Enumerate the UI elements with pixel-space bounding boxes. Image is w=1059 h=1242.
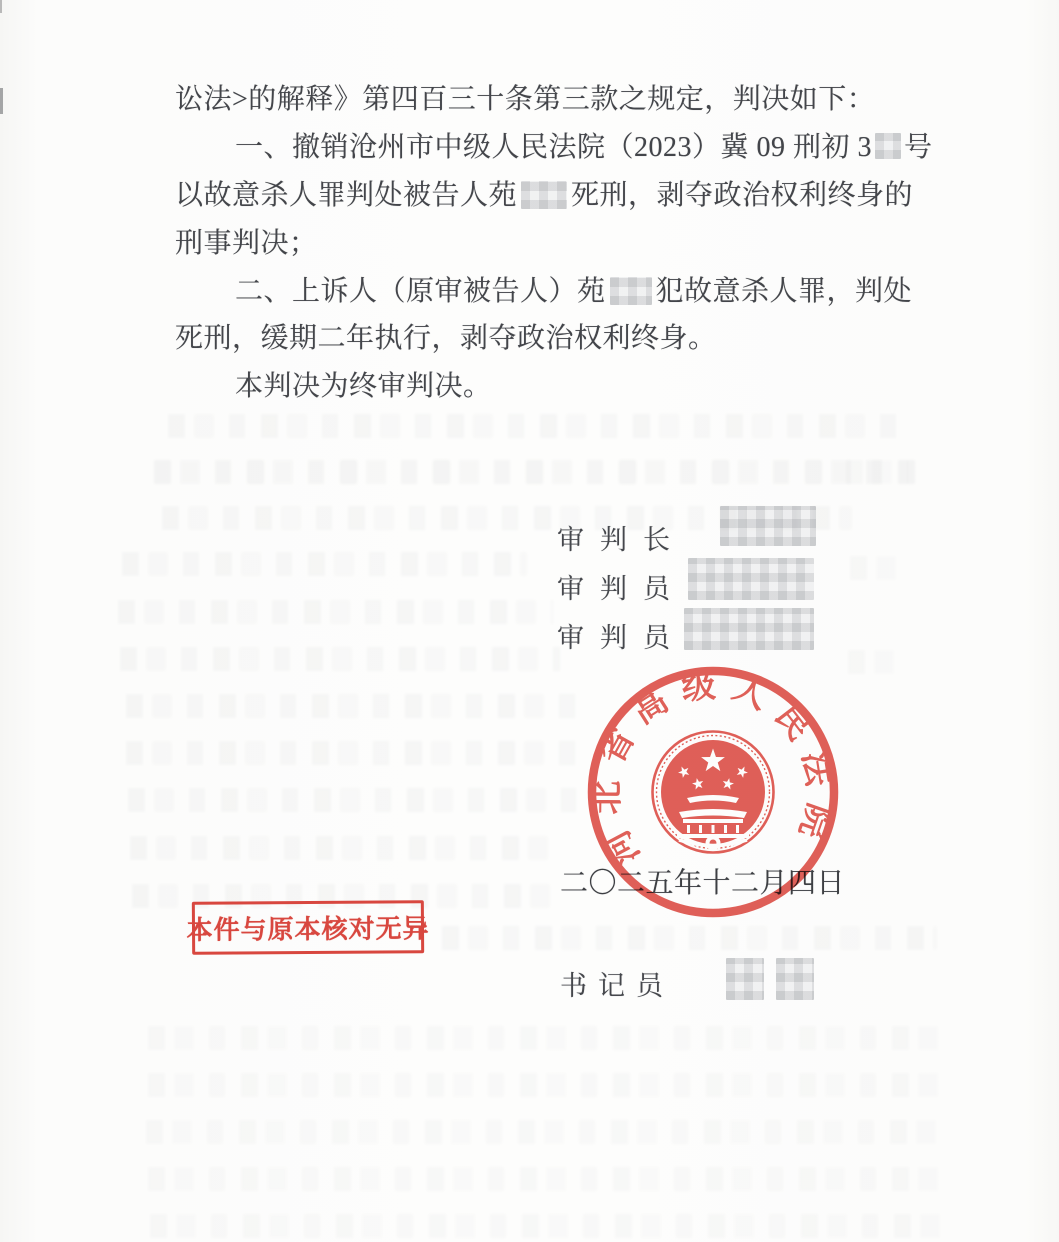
- redaction-mosaic-judge2-name: [684, 608, 814, 650]
- bleed-through-row: [148, 1073, 946, 1097]
- presiding-judge-label: 审判长: [557, 518, 686, 557]
- bleed-through-row: [128, 788, 576, 812]
- bleed-through-row: [120, 647, 560, 671]
- judgment-line-1: 讼法>的解释》第四百三十条第三款之规定，判决如下：: [175, 84, 875, 116]
- bleed-through-row: [848, 650, 894, 674]
- scan-edge-artifact: [0, 0, 2, 13]
- judgment-line-2: 一、撤销沧州市中级人民法院（2023）冀 09 刑初 3号: [235, 132, 933, 164]
- bleed-through-row: [154, 460, 919, 484]
- judgment-line-5: 二、上诉人（原审被告人）苑犯故意杀人罪，判处: [235, 276, 912, 308]
- judgment-line-5-suffix: 犯故意杀人罪，判处: [656, 276, 913, 307]
- national-emblem: [653, 732, 774, 853]
- bleed-through-row: [150, 1214, 942, 1238]
- judgment-line-6: 死刑，缓期二年执行，剥夺政治权利终身。: [175, 323, 717, 355]
- date-line: 二〇二五年十二月四日: [560, 861, 845, 901]
- bleed-through-row: [442, 926, 937, 950]
- judgment-line-2-text: 一、撤销沧州市中级人民法院（2023）冀 09 刑初 3: [235, 132, 872, 163]
- judge-label: 审判员: [557, 567, 686, 606]
- judgment-line-5-text: 二、上诉人（原审被告人）苑: [235, 276, 606, 307]
- bleed-through-row: [126, 694, 581, 718]
- bleed-through-row: [850, 556, 896, 580]
- judgment-line-4: 刑事判决；: [175, 228, 318, 260]
- bleed-through-row: [126, 741, 578, 765]
- judgment-line-3-suffix: 死刑，剥夺政治权利终身的: [571, 180, 913, 211]
- bleed-through-row: [122, 552, 527, 576]
- redaction-mosaic-clerk-name: [776, 958, 814, 1000]
- judge-label: 审判员: [557, 616, 686, 655]
- judgment-line-3: 以故意杀人罪判处被告人苑死刑，剥夺政治权利终身的: [175, 180, 913, 212]
- redaction-mosaic-presiding-judge-name: [720, 506, 816, 546]
- clerk-label: 书记员: [560, 964, 674, 1003]
- redaction-mosaic-clerk-name: [726, 958, 764, 1000]
- bleed-through-row: [118, 600, 553, 624]
- bleed-through-row: [146, 1120, 946, 1144]
- redaction-mosaic-judge1-name: [688, 558, 814, 600]
- bleed-through-row: [846, 460, 908, 484]
- judgment-line-3-text: 以故意杀人罪判处被告人苑: [175, 180, 517, 211]
- redaction-mosaic: [521, 181, 567, 209]
- bleed-through-row: [148, 1167, 946, 1191]
- judgment-line-7: 本判决为终审判决。: [235, 371, 492, 403]
- scanned-judgment-page: 讼法>的解释》第四百三十条第三款之规定，判决如下： 一、撤销沧州市中级人民法院（…: [0, 0, 1059, 1242]
- bleed-through-row: [168, 414, 908, 438]
- verification-stamp: 本件与原本核对无异: [192, 900, 424, 955]
- scan-edge-artifact: [0, 88, 3, 114]
- redaction-mosaic: [875, 133, 901, 159]
- redaction-mosaic: [610, 277, 652, 305]
- bleed-through-row: [148, 1026, 943, 1050]
- judgment-line-2-suffix: 号: [904, 132, 933, 163]
- bleed-through-row: [130, 836, 562, 860]
